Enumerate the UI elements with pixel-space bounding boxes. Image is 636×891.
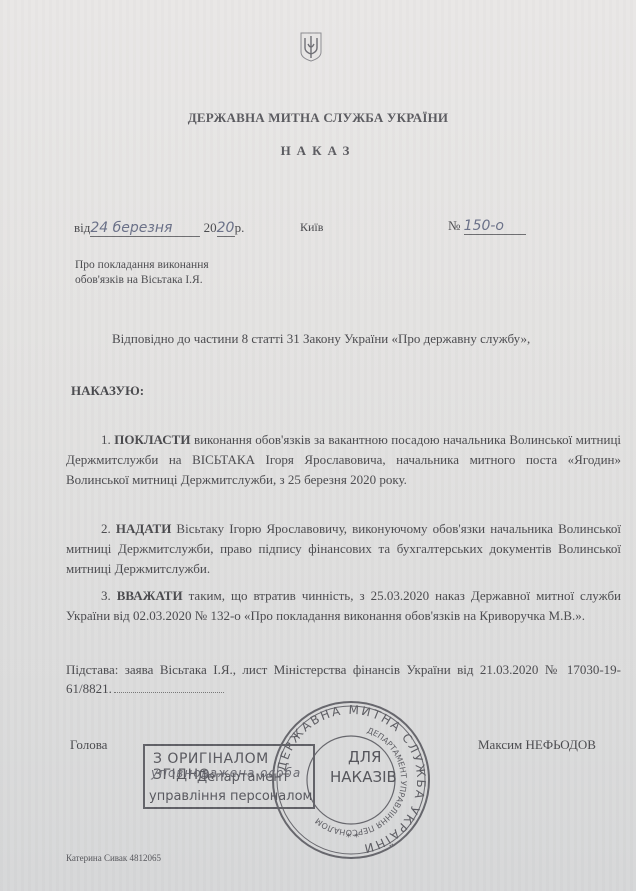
subject-line-1: Про покладання виконання bbox=[75, 258, 209, 273]
subject-line-2: обов'язків на Вісьтака І.Я. bbox=[75, 273, 209, 288]
trident-coat-of-arms-icon bbox=[300, 32, 322, 62]
executor-footer: Катерина Сивак 4812065 bbox=[66, 853, 161, 863]
item-verb: НАДАТИ bbox=[116, 521, 171, 536]
order-item-3: 3. ВВАЖАТИ таким, що втратив чинність, з… bbox=[66, 586, 621, 626]
document-type-title: НАКАЗ bbox=[0, 143, 636, 159]
certified-copy-stamp: З ОРИГІНАЛОМ ЗГІДНО: уповноважена особа … bbox=[143, 744, 315, 809]
seal-center-line-2: НАКАЗІВ bbox=[330, 768, 397, 786]
date-day-month-handwritten: 24 березня bbox=[90, 220, 200, 237]
seal-stars: * * bbox=[346, 832, 359, 843]
item-verb: ВВАЖАТИ bbox=[117, 588, 183, 603]
city: Київ bbox=[300, 220, 323, 235]
item-number: 1. bbox=[101, 432, 111, 447]
date-suffix: р. bbox=[235, 220, 245, 235]
item-number: 3. bbox=[101, 588, 111, 603]
scanned-order-document: ДЕРЖАВНА МИТНА СЛУЖБА УКРАЇНИ НАКАЗ від2… bbox=[0, 0, 636, 891]
seal-center-line-1: ДЛЯ bbox=[348, 748, 381, 766]
order-item-1: 1. ПОКЛАСТИ виконання обов'язків за вака… bbox=[66, 430, 621, 490]
stamp-line-2: Департамент bbox=[197, 770, 289, 785]
date-line: від24 березня 2020р. bbox=[74, 220, 244, 237]
stamp-line-3: управління персоналом bbox=[149, 789, 312, 804]
head-title: Голова bbox=[70, 737, 107, 753]
number-prefix: № bbox=[448, 218, 460, 233]
basis-dotted-line bbox=[114, 692, 224, 693]
order-item-2: 2. НАДАТИ Вісьтаку Ігорю Ярославовичу, в… bbox=[66, 519, 621, 579]
basis-text: Підстава: заява Вісьтака І.Я., лист Міні… bbox=[66, 662, 621, 696]
date-year-handwritten: 20 bbox=[217, 220, 235, 237]
order-number: № 150-о bbox=[448, 218, 526, 235]
subject: Про покладання виконання обов'язків на В… bbox=[75, 258, 209, 288]
item-number: 2. bbox=[101, 521, 111, 536]
signer-name: Максим НЕФЬОДОВ bbox=[478, 737, 596, 753]
order-heading: НАКАЗУЮ: bbox=[71, 383, 144, 399]
date-year-prefix: 20 bbox=[204, 220, 217, 235]
preamble: Відповідно до частини 8 статті 31 Закону… bbox=[112, 331, 530, 347]
item-verb: ПОКЛАСТИ bbox=[114, 432, 190, 447]
number-handwritten: 150-о bbox=[464, 218, 526, 235]
date-prefix: від bbox=[74, 220, 90, 235]
organization-name: ДЕРЖАВНА МИТНА СЛУЖБА УКРАЇНИ bbox=[0, 110, 636, 126]
basis: Підстава: заява Вісьтака І.Я., лист Міні… bbox=[66, 660, 621, 698]
